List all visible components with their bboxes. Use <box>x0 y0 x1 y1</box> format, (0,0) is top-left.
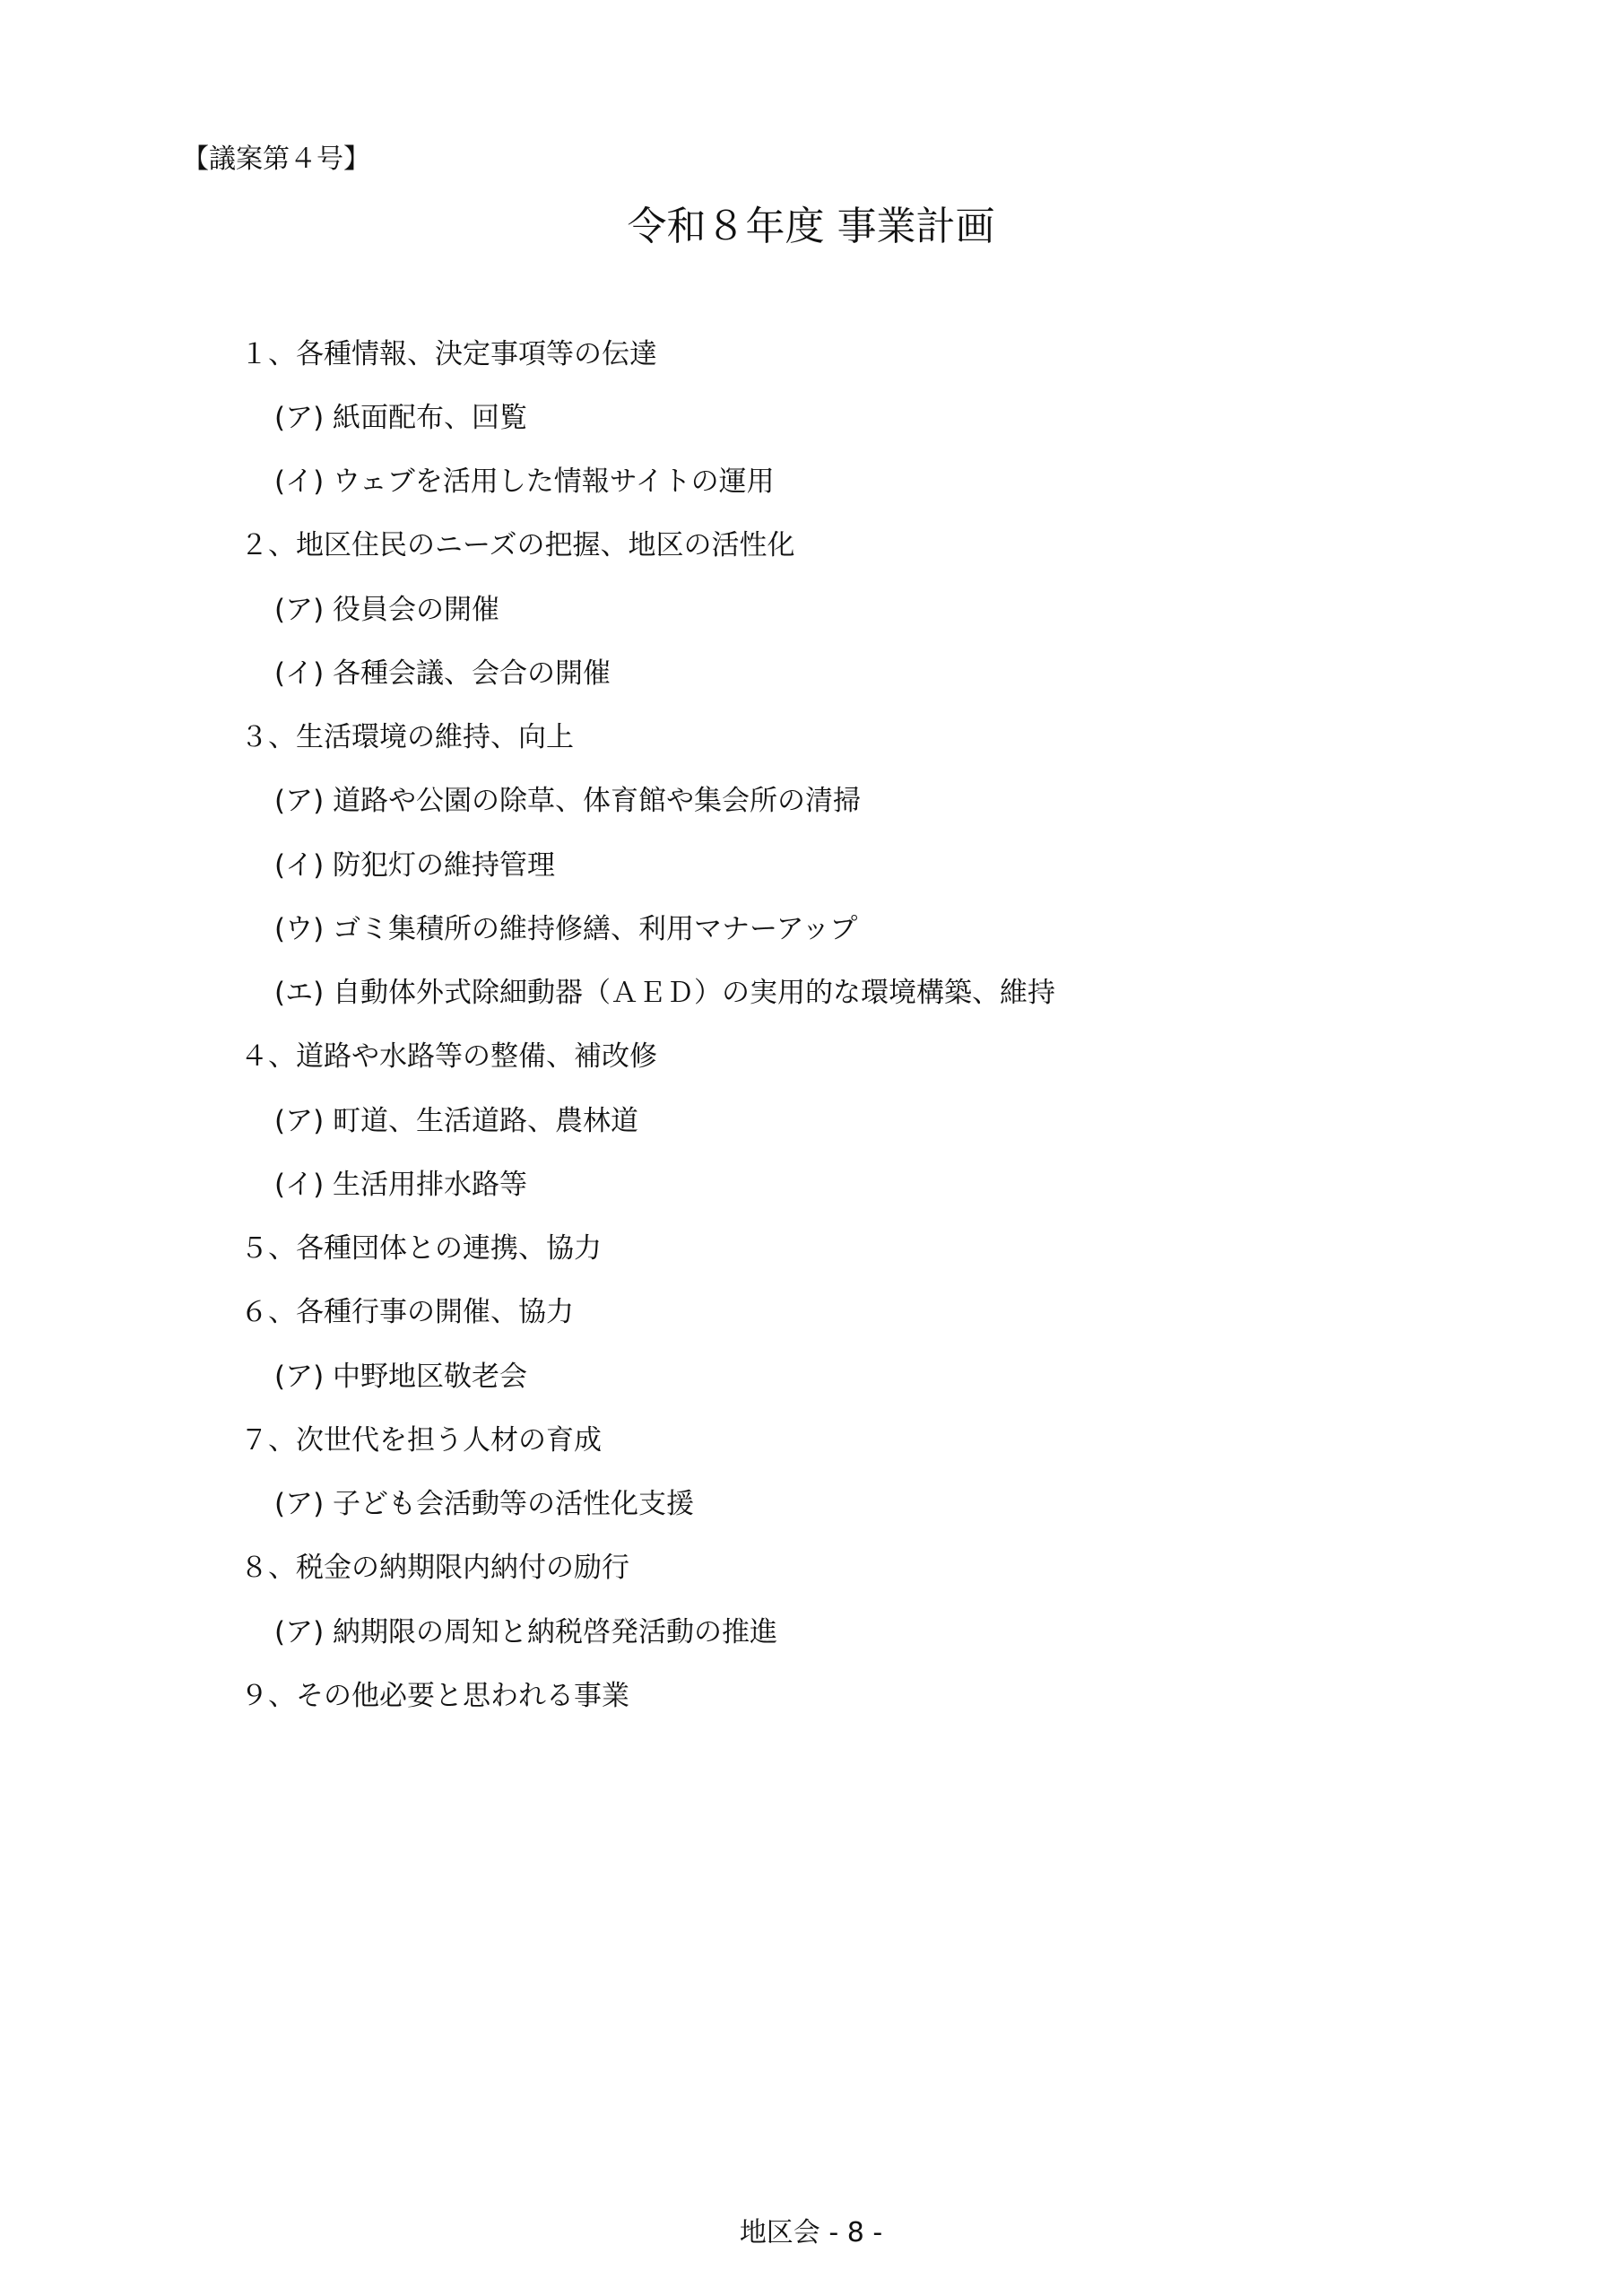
list-item: ５、各種団体との連携、協力 <box>240 1226 602 1271</box>
list-subitem: (ウ) ゴミ集積所の維持修繕、利用マナーアップ <box>274 907 857 952</box>
list-item: ７、次世代を担う人材の育成 <box>240 1418 602 1463</box>
page-footer: 地区会 - 8 - <box>0 2210 1622 2249</box>
list-subitem: (ア) 役員会の開催 <box>274 587 499 632</box>
list-item: ９、その他必要と思われる事業 <box>240 1674 629 1718</box>
list-subitem: (ア) 中野地区敬老会 <box>274 1354 527 1399</box>
list-subitem: (ア) 紙面配布、回覧 <box>274 396 527 440</box>
list-subitem: (イ) 各種会議、会合の開催 <box>274 651 611 696</box>
list-item: ６、各種行事の開催、協力 <box>240 1290 574 1335</box>
list-subitem: (イ) ウェブを活用した情報サイトの運用 <box>274 459 775 504</box>
page-title: 令和８年度 事業計画 <box>0 194 1622 251</box>
list-item: １、各種情報、決定事項等の伝達 <box>240 332 657 377</box>
list-subitem: (ア) 納期限の周知と納税啓発活動の推進 <box>274 1610 777 1655</box>
list-subitem: (イ) 生活用排水路等 <box>274 1162 527 1207</box>
list-subitem: (エ) 自動体外式除細動器（ＡＥＤ）の実用的な環境構築、維持 <box>274 970 1055 1015</box>
list-item: ８、税金の納期限内納付の励行 <box>240 1545 629 1590</box>
list-item: ２、地区住民のニーズの把握、地区の活性化 <box>240 523 794 568</box>
document-page: 【議案第４号】 令和８年度 事業計画 １、各種情報、決定事項等の伝達 (ア) 紙… <box>0 0 1622 2296</box>
list-item: ４、道路や水路等の整備、補改修 <box>240 1034 657 1079</box>
list-item: ３、生活環境の維持、向上 <box>240 715 574 760</box>
list-subitem: (ア) 道路や公園の除草、体育館や集会所の清掃 <box>274 778 861 823</box>
title-text: 令和８年度 事業計画 <box>628 194 995 251</box>
list-subitem: (イ) 防犯灯の維持管理 <box>274 843 555 888</box>
list-subitem: (ア) 子ども会活動等の活性化支援 <box>274 1482 694 1526</box>
list-subitem: (ア) 町道、生活道路、農林道 <box>274 1099 638 1144</box>
agenda-number: 【議案第４号】 <box>182 136 370 176</box>
